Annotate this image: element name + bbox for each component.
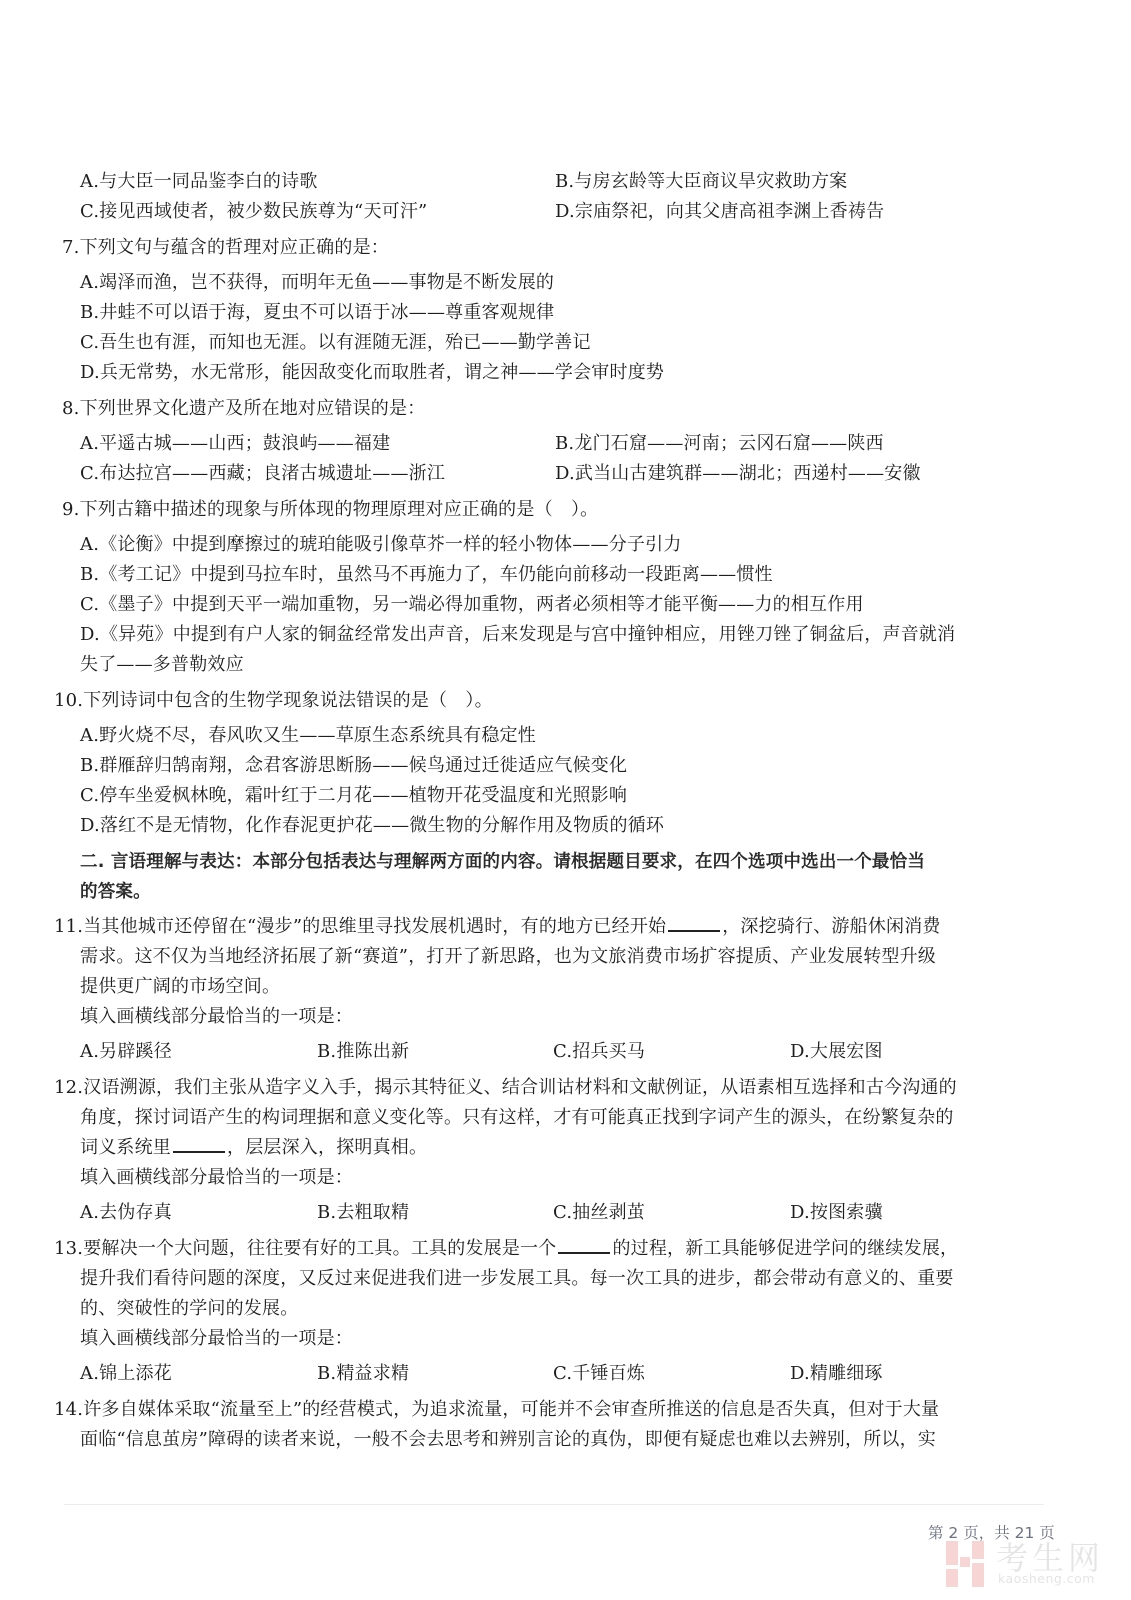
q11-option-d: D.大展宏图	[790, 1040, 883, 1064]
q10-option-c: C.停车坐爱枫林晚，霜叶红于二月花——植物开花受温度和光照影响	[80, 784, 627, 808]
q10-stem: 10.下列诗词中包含的生物学现象说法错误的是（ ）。	[54, 689, 493, 713]
q12-option-b: B.去粗取精	[317, 1201, 409, 1225]
q8-option-b: B.龙门石窟——河南；云冈石窟——陕西	[555, 432, 884, 456]
fill-blank	[668, 916, 720, 932]
q11-option-a: A.另辟蹊径	[80, 1040, 172, 1064]
brand-domain: kaosheng.com	[998, 1571, 1095, 1586]
brand-logo-icon	[946, 1541, 984, 1587]
exam-page: A.与大臣一同品鉴李白的诗歌 B.与房玄龄等大臣商议旱灾救助方案 C.接见西域使…	[0, 0, 1131, 1600]
q6-option-a: A.与大臣一同品鉴李白的诗歌	[80, 170, 318, 194]
q9-option-a: A.《论衡》中提到摩擦过的琥珀能吸引像草芥一样的轻小物体——分子引力	[80, 533, 682, 557]
footer-divider	[64, 1504, 1044, 1505]
q12-option-a: A.去伪存真	[80, 1201, 172, 1225]
q7-option-d: D.兵无常势，水无常形，能因敌变化而取胜者，谓之神——学会审时度势	[80, 361, 664, 385]
q13-text-post: 的过程，新工具能够促进学问的继续发展，	[612, 1238, 958, 1259]
q14-stem-line1: 14.许多自媒体采取“流量至上”的经营模式，为追求流量，可能并不会审查所推送的信…	[54, 1398, 939, 1422]
q7-stem: 7.下列文句与蕴含的哲理对应正确的是：	[62, 236, 389, 260]
q8-option-d: D.武当山古建筑群——湖北；西递村——安徽	[555, 462, 921, 486]
q13-stem-line3: 的、突破性的学问的发展。	[80, 1297, 298, 1321]
fill-blank	[558, 1238, 610, 1254]
section-heading: 二. 言语理解与表达：本部分包括表达与理解两方面的内容。请根据题目要求，在四个选…	[80, 850, 925, 874]
q14-stem-line2: 面临“信息茧房”障碍的读者来说，一般不会去思考和辨别言论的真伪，即便有疑虑也难以…	[80, 1428, 936, 1452]
q13-option-a: A.锦上添花	[80, 1362, 172, 1386]
q13-stem-line1: 13.要解决一个大问题，往往要有好的工具。工具的发展是一个的过程，新工具能够促进…	[54, 1237, 958, 1261]
q8-option-a: A.平遥古城——山西；鼓浪屿——福建	[80, 432, 390, 456]
q6-option-c: C.接见西域使者，被少数民族尊为“天可汗”	[80, 200, 427, 224]
q12-stem-line2: 角度，探讨词语产生的构词理据和意义变化等。只有这样，才有可能真正找到字词产生的源…	[80, 1106, 954, 1130]
brand-watermark: 考生网 kaosheng.com	[946, 1535, 1131, 1597]
q12-option-c: C.抽丝剥茧	[553, 1201, 645, 1225]
q12-stem-line1: 12.汉语溯源，我们主张从造字义入手，揭示其特征义、结合训诂材料和文献例证，从语…	[54, 1076, 957, 1100]
q6-option-d: D.宗庙祭祀，向其父唐高祖李渊上香祷告	[555, 200, 884, 224]
fill-blank	[173, 1137, 225, 1153]
q12-text-pre: 词义系统里	[80, 1137, 171, 1158]
q11-prompt: 填入画横线部分最恰当的一项是：	[80, 1005, 353, 1029]
q11-option-c: C.招兵买马	[553, 1040, 645, 1064]
q13-stem-line2: 提升我们看待问题的深度，又反过来促进我们进一步发展工具。每一次工具的进步，都会带…	[80, 1267, 954, 1291]
q9-option-c: C.《墨子》中提到天平一端加重物，另一端必得加重物，两者必须相等才能平衡——力的…	[80, 593, 864, 617]
q13-option-c: C.千锤百炼	[553, 1362, 645, 1386]
q9-stem: 9.下列古籍中描述的现象与所体现的物理原理对应正确的是（ ）。	[62, 498, 598, 522]
q12-text-post: ，层层深入，探明真相。	[227, 1137, 427, 1158]
q13-option-d: D.精雕细琢	[790, 1362, 883, 1386]
q11-stem-line3: 提供更广阔的市场空间。	[80, 975, 280, 999]
q11-text-post: ，深挖骑行、游船休闲消费	[722, 916, 940, 937]
q11-option-b: B.推陈出新	[317, 1040, 409, 1064]
q12-stem-line3: 词义系统里，层层深入，探明真相。	[80, 1136, 427, 1160]
q9-option-d: D.《异苑》中提到有户人家的铜盆经常发出声音，后来发现是与宫中撞钟相应，用锉刀锉…	[80, 623, 955, 647]
section-heading-cont: 的答案。	[80, 880, 151, 904]
q12-prompt: 填入画横线部分最恰当的一项是：	[80, 1166, 353, 1190]
q12-option-d: D.按图索骥	[790, 1201, 883, 1225]
q7-option-c: C.吾生也有涯，而知也无涯。以有涯随无涯，殆已——勤学善记	[80, 331, 591, 355]
q11-text-pre: 11.当其他城市还停留在“漫步”的思维里寻找发展机遇时，有的地方已经开始	[54, 916, 666, 937]
q10-option-a: A.野火烧不尽，春风吹又生——草原生态系统具有稳定性	[80, 724, 536, 748]
q9-option-d-cont: 失了——多普勒效应	[80, 653, 244, 677]
q8-stem: 8.下列世界文化遗产及所在地对应错误的是：	[62, 397, 425, 421]
q13-option-b: B.精益求精	[317, 1362, 409, 1386]
q9-option-b: B.《考工记》中提到马拉车时，虽然马不再施力了，车仍能向前移动一段距离——惯性	[80, 563, 773, 587]
q8-option-c: C.布达拉宫——西藏；良渚古城遗址——浙江	[80, 462, 445, 486]
q11-stem-line2: 需求。这不仅为当地经济拓展了新“赛道”，打开了新思路，也为文旅消费市场扩容提质、…	[80, 945, 936, 969]
q11-stem-line1: 11.当其他城市还停留在“漫步”的思维里寻找发展机遇时，有的地方已经开始，深挖骑…	[54, 915, 941, 939]
q10-option-b: B.群雁辞归鹄南翔，念君客游思断肠——候鸟通过迁徙适应气候变化	[80, 754, 627, 778]
q7-option-b: B.井蛙不可以语于海，夏虫不可以语于冰——尊重客观规律	[80, 301, 554, 325]
q6-option-b: B.与房玄龄等大臣商议旱灾救助方案	[555, 170, 847, 194]
q10-option-d: D.落红不是无情物，化作春泥更护花——微生物的分解作用及物质的循环	[80, 814, 664, 838]
q13-text-pre: 13.要解决一个大问题，往往要有好的工具。工具的发展是一个	[54, 1238, 556, 1259]
q7-option-a: A.竭泽而渔，岂不获得，而明年无鱼——事物是不断发展的	[80, 271, 554, 295]
q13-prompt: 填入画横线部分最恰当的一项是：	[80, 1327, 353, 1351]
